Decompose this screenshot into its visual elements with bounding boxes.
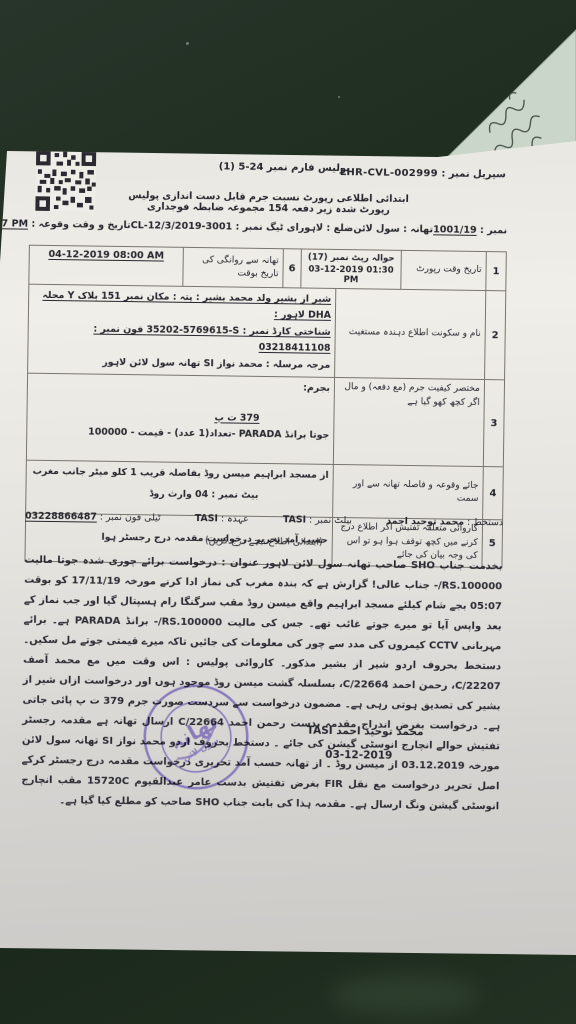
row-number: 1 [485,252,506,290]
field-value-place-of-occurrence: از مسجد ابراہیم میسن روڈ بفاصلہ قریب 1 ک… [26,461,333,517]
row-number: 6 [282,249,301,287]
field-label-place-of-occurrence: جائے وقوعہ و فاصلہ تھانہ سے اور سمت [332,465,483,519]
complainant-id-phone: شناختی کارڈ نمبر : 35202-5769615-S فون ن… [93,323,330,354]
field-label-complainant: نام و سکونت اطلاع دہندہ مستغیث [334,289,485,379]
id-card-label: شناختی کارڈ نمبر : [242,326,330,338]
complainant-phone-number: 03218411108 [259,342,331,354]
report-title: ابتدائی اطلاعی رپورٹ نسبت جرم قابل دست ا… [114,190,422,216]
report-reference-number: حوالہ رپٹ نمبر (17) [306,253,397,264]
officer-phone-label: ٹیلی فون نمبر : [100,512,161,524]
rank-label: عہدہ : [221,513,249,524]
departure-datetime: 04-12-2019 08:00 AM [48,249,164,262]
row-number: 3 [483,380,504,466]
officer-signature: دستخط : محمد توحید احمد [386,516,503,529]
police-station-label: تھانہ : [403,224,433,235]
field-label-offence: مختصر کیفیت جرم (مع دفعہ) و مال اگر کچھ … [333,378,484,466]
complainant-name-address: شیر از بشیر ولد محمد بشیر : پتہ : مکان ن… [42,290,331,321]
signoff-name: محمد توحید احمد TASI [290,724,440,738]
complainant-phone-label: فون نمبر : [93,323,143,335]
rank: عہدہ : TASI [195,513,249,525]
photo-backdrop: سیریل نمبر : LHR-CVL-002999 پولیس فارم ن… [0,0,576,1024]
serial-number: سیریل نمبر : LHR-CVL-002999 [340,167,506,180]
case-number: نمبر : 1001/19 [433,224,507,236]
occurrence-location: از مسجد ابراہیم میسن روڈ بفاصلہ قریب 1 ک… [33,466,329,481]
id-card-number: 35202-5769615-S [146,324,239,336]
row-number: 2 [484,291,505,380]
signature-label: دستخط : [467,517,503,529]
rank-value: TASI [195,513,218,524]
beat-number: بیٹ نمبر : 04 وارث روڈ [30,484,328,505]
field-value-report-reference: حوالہ رپٹ نمبر (17) 03-12-2019 01:30 PM [300,249,401,288]
forwarding-officer: مرجہ مرسلہ : محمد نواز SI تھانہ سول لائن… [102,357,330,371]
offence-section: 379 ت پ [214,412,259,424]
occurrence-datetime-label: تاریخ و وقت وقوعہ : [31,219,130,231]
e-tag-label: ای ٹیگ نمبر : [235,222,298,234]
police-station-value: سول لائن [353,223,400,235]
row-number: 4 [482,467,503,519]
table-row-3: 3 مختصر کیفیت جرم (مع دفعہ) و مال اگر کچ… [27,373,504,467]
dust-speck [186,42,189,45]
serial-number-label: سیریل نمبر : [441,168,506,180]
offence-heading: بجرم: [32,377,330,398]
case-number-value: 1001/19 [433,224,477,236]
belt-number-value: TASI [283,514,306,525]
occurrence-datetime-value: 17-11-2019 05:07 PM [0,217,28,230]
police-station: تھانہ : سول لائن [353,223,433,235]
field-value-departure-datetime: 04-12-2019 08:00 AM [29,246,183,286]
fir-paper: سیریل نمبر : LHR-CVL-002999 پولیس فارم ن… [0,0,576,1024]
stolen-property: جوتا برانڈ PARADA -تعداد(1 عدد) - قیمت -… [31,424,329,447]
case-number-label: نمبر : [480,225,507,236]
e-tag-number: ای ٹیگ نمبر : CL-12/3/2019-3001 [131,220,299,233]
signature-name: محمد توحید احمد [386,516,464,528]
e-tag-value: CL-12/3/2019-3001 [131,220,233,232]
report-reference-datetime: 03-12-2019 01:30 PM [305,265,396,286]
officer-phone: ٹیلی فون نمبر : 03228866487 [25,511,161,524]
field-label-departure-datetime: تھانہ سے روانگی کی تاریخ بوقت [182,248,283,287]
field-value-offence: بجرم: 379 ت پ جوتا برانڈ PARADA -تعداد(1… [27,374,334,450]
district-label: ضلع : [326,223,353,234]
table-surface-smudge [330,975,480,1015]
fir-content: سیریل نمبر : LHR-CVL-002999 پولیس فارم ن… [19,147,508,964]
dust-speck [338,96,340,98]
police-form-number: پولیس فارم نمبر 24-5 (1) [219,161,350,174]
officer-phone-value: 03228866487 [25,511,97,523]
belt-number-label: بیلٹ نمبر : [309,515,352,527]
belt-number: بیلٹ نمبر : TASI [283,514,352,526]
field-value-complainant: شیر از بشیر ولد محمد بشیر : پتہ : مکان ن… [28,285,335,378]
table-row-2: 2 نام و سکونت اطلاع دہندہ مستغیث شیر از … [28,284,505,380]
field-label-report-datetime: تاریخ وقت رپورٹ [400,251,486,290]
district: ضلع : لاہور [299,222,354,234]
table-row-1: 1 تاریخ وقت رپورٹ حوالہ رپٹ نمبر (17) 03… [29,246,505,291]
document-header: سیریل نمبر : LHR-CVL-002999 پولیس فارم ن… [30,163,508,188]
case-info-line: نمبر : 1001/19 تھانہ : سول لائن ضلع : لا… [29,219,507,237]
serial-number-value: LHR-CVL-002999 [340,167,438,179]
district-value: لاہور [299,222,323,233]
table-row-4: 4 جائے وقوعہ و فاصلہ تھانہ سے اور سمت از… [26,460,503,520]
signoff-date: 03-12-2019 [304,749,414,763]
occurrence-datetime: تاریخ و وقت وقوعہ : 17-11-2019 05:07 PM [0,217,131,231]
